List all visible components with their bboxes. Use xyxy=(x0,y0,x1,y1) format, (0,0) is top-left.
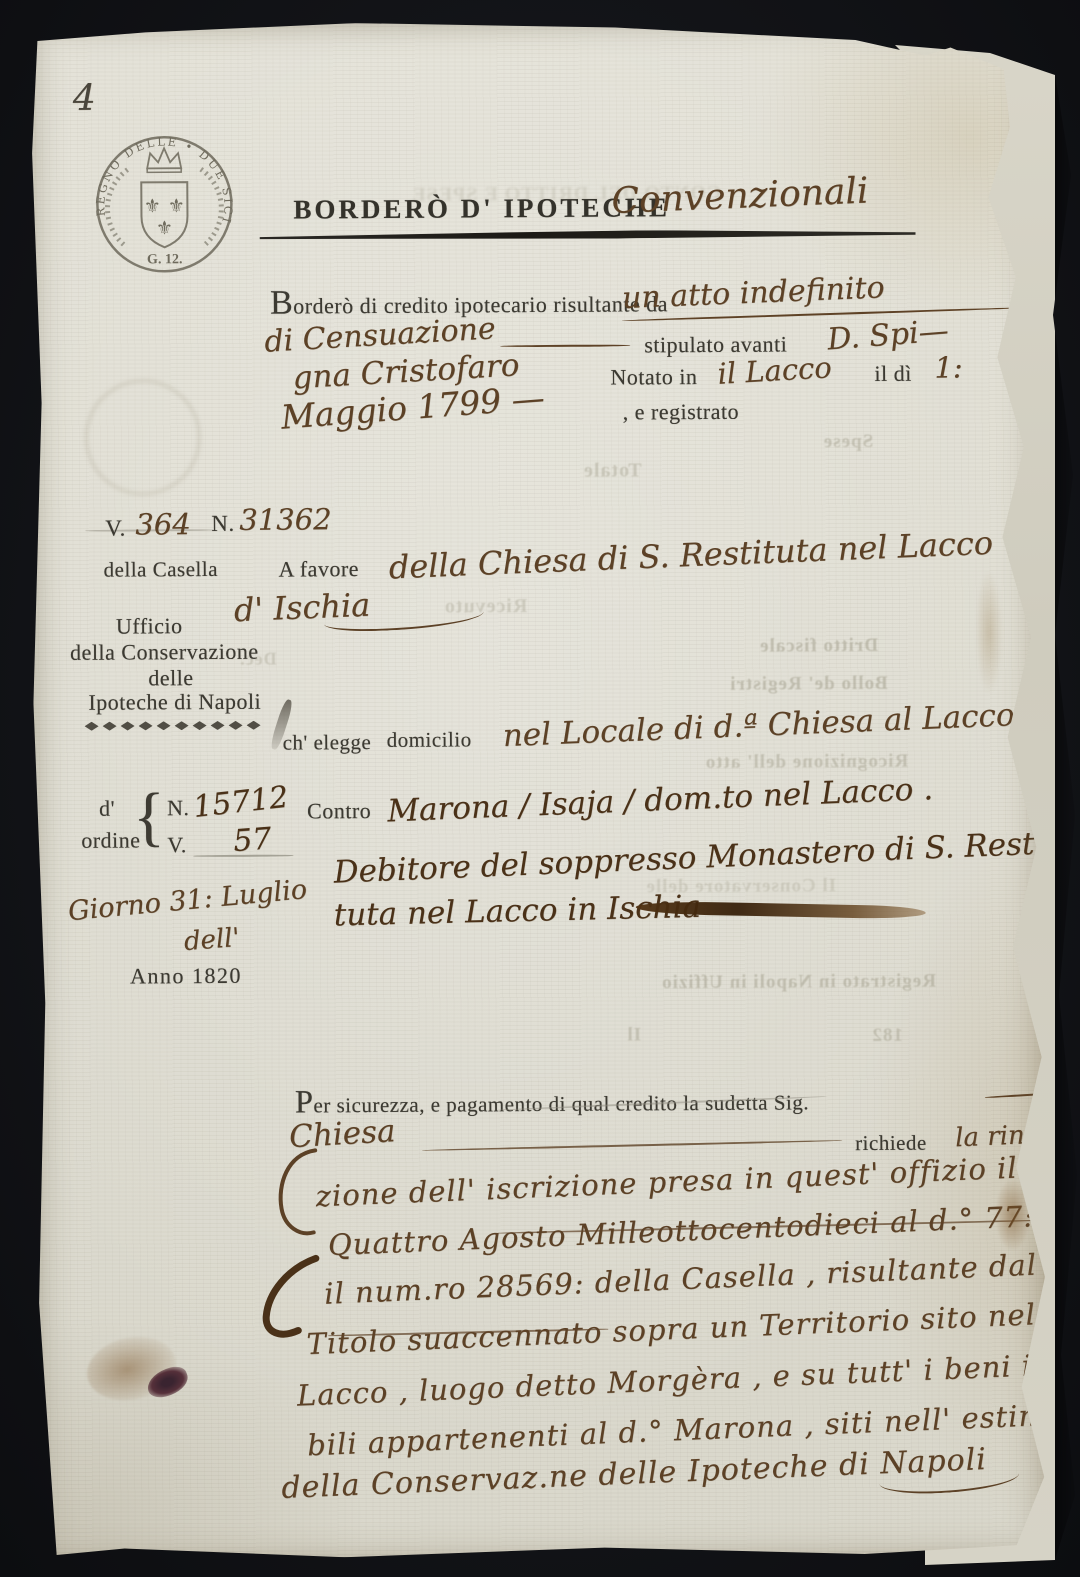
seal-ring-text: REGNO DELLE • DUE SICILIE xyxy=(89,122,236,228)
bleedthrough-dritto-fiscale: Dritto fiscale xyxy=(759,635,878,658)
bleedthrough-registrato: Registrato in Napoli in Uffizio xyxy=(661,971,936,995)
ordine-line2: ordine xyxy=(81,827,140,853)
office-line3: delle xyxy=(148,665,193,691)
svg-text:REGNO DELLE • DUE SICILIE: REGNO DELLE • DUE SICILIE xyxy=(89,122,236,228)
seal-denomination: G. 12. xyxy=(147,252,182,267)
title-rule xyxy=(260,229,916,241)
domicilio-label: domicilio xyxy=(387,727,472,753)
bleedthrough-bollo-registri: Bollo de' Registri xyxy=(729,673,888,696)
number-value: 31362 xyxy=(239,502,331,537)
revenue-seal: REGNO DELLE • DUE SICILIE ⚜ ⚜ ⚜ G. 12. xyxy=(89,122,240,283)
seal-ghost xyxy=(84,379,201,496)
a-favore-label: A favore xyxy=(279,556,360,582)
edge-stain xyxy=(976,572,1003,692)
bleedthrough-il: Il xyxy=(626,1024,641,1046)
handwritten-dash xyxy=(985,1092,1070,1099)
office-line4: Ipoteche di Napoli xyxy=(88,689,261,716)
intro-line3-handwritten-3: 1: xyxy=(934,350,962,384)
document-page: CONTO DEL DRITTO E SPESE Spese Totale Ri… xyxy=(20,12,1059,1573)
seal-fleur-de-lis-icon: ⚜ xyxy=(144,195,161,217)
domicilio-handwritten: nel Locale di d.ª Chiesa al Lacco xyxy=(502,697,1015,754)
intro-line1-handwritten: un atto indefinito xyxy=(621,270,885,316)
favore-handwritten-1: della Chiesa di S. Restituta nel Lacco xyxy=(388,524,994,587)
volume-label: V. xyxy=(105,516,126,542)
ordine-brace: { xyxy=(133,779,166,855)
ornament-divider xyxy=(85,721,261,731)
elegge-label: ch' elegge xyxy=(283,730,372,756)
ordine-v-value: 57 xyxy=(232,821,273,859)
office-line2: della Conservazione xyxy=(70,639,259,666)
number-label: N. xyxy=(211,511,235,537)
seal-crown xyxy=(147,148,181,168)
intro-line3-handwritten-2: il Lacco xyxy=(717,350,833,391)
page-corner-number: 4 xyxy=(73,78,96,119)
bleedthrough-totale: Totale xyxy=(583,459,642,482)
security-handwritten-2: la rinnova = xyxy=(955,1117,1080,1154)
title-handwritten-qualifier: Convenzionali xyxy=(611,171,870,223)
intro-line3-printed-2: il dì xyxy=(874,361,912,387)
bleedthrough-anno: 182 xyxy=(871,1025,903,1047)
ordine-n-value: 15712 xyxy=(191,780,290,825)
bleedthrough-ricognizione: Ricognizione dell' atto xyxy=(705,751,909,774)
office-line1: Ufficio xyxy=(116,613,183,639)
ordine-v-label: V. xyxy=(167,832,187,858)
handwritten-flourish xyxy=(324,603,485,634)
casella-label: della Casella xyxy=(104,557,219,583)
ordine-n-label: N. xyxy=(167,795,190,821)
giorno-handwritten: Giorno 31: Luglio xyxy=(67,874,309,927)
intro-line2-handwritten-2: D. Spi— xyxy=(826,313,950,357)
contro-label: Contro xyxy=(307,798,371,824)
intro-line4-printed: , e registrato xyxy=(623,399,740,426)
dell-handwritten: dell' xyxy=(183,923,241,957)
handwritten-underline xyxy=(422,1139,842,1151)
printed-rule xyxy=(193,855,293,857)
anno-printed: Anno 1820 xyxy=(130,963,242,990)
richiede-label: richiede xyxy=(855,1131,927,1156)
seal-fleur-de-lis-icon: ⚜ xyxy=(168,195,185,217)
seal-fleur-de-lis-icon: ⚜ xyxy=(156,217,173,239)
intro-line3-printed: Notato in xyxy=(610,364,697,391)
ordine-line1: d' xyxy=(99,796,115,822)
handwritten-dash xyxy=(500,344,630,347)
volume-value: 364 xyxy=(135,507,191,541)
contro-handwritten-3: tuta nel Lacco in Ischia xyxy=(333,889,701,934)
bleedthrough-spese: Spese xyxy=(823,431,874,453)
contro-handwritten-1: Marona / Isaja / dom.to nel Lacco . xyxy=(387,771,934,829)
